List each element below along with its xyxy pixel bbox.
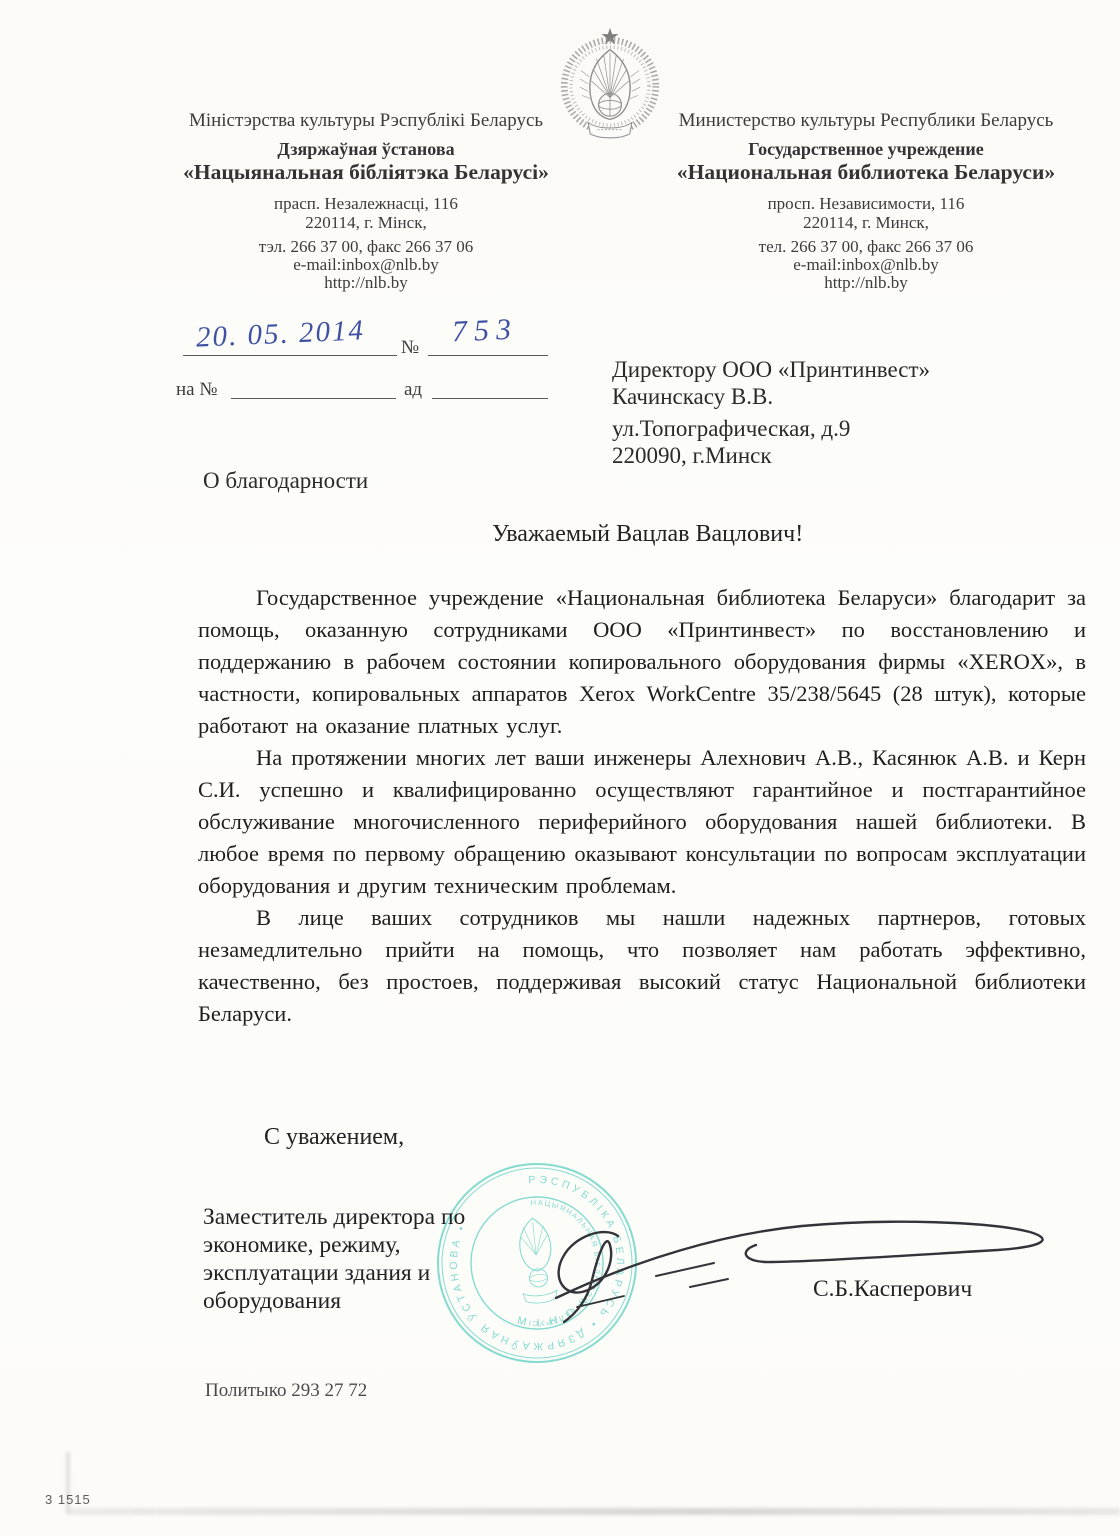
from-label: ад bbox=[404, 379, 422, 401]
numero-sign: № bbox=[401, 337, 419, 359]
website-ru: http://nlb.by bbox=[666, 274, 1066, 292]
org-name-ru: «Национальная библиотека Беларуси» bbox=[666, 160, 1066, 185]
letter-page: Міністэрства культуры Рэспублікі Беларус… bbox=[0, 0, 1120, 1536]
letterhead-russian: Министерство культуры Республики Беларус… bbox=[666, 110, 1066, 292]
signature bbox=[520, 1195, 1080, 1335]
from-underline bbox=[432, 397, 548, 399]
signer-position-line3: эксплуатации здания и bbox=[203, 1259, 465, 1287]
body-paragraph-3: В лице ваших сотрудников мы нашли надежн… bbox=[198, 902, 1086, 1030]
recipient-title: Директору ООО «Принтинвест» bbox=[612, 356, 930, 383]
signer-name: С.Б.Касперович bbox=[813, 1276, 972, 1303]
email-by: e-mail:inbox@nlb.by bbox=[166, 256, 566, 274]
handwritten-date: 20. 05. 2014 bbox=[195, 314, 365, 354]
ministry-name-ru: Министерство культуры Республики Беларус… bbox=[666, 110, 1066, 132]
valediction: С уважением, bbox=[264, 1124, 404, 1151]
scan-shadow bbox=[70, 1508, 1120, 1515]
coat-of-arms-belarus-icon bbox=[558, 24, 662, 144]
phone-fax-ru: тел. 266 37 00, факс 266 37 06 bbox=[666, 237, 1066, 256]
address-city-by: 220114, г. Мінск, bbox=[166, 213, 566, 232]
date-underline bbox=[183, 354, 397, 356]
email-ru: e-mail:inbox@nlb.by bbox=[666, 256, 1066, 274]
ministry-name-by: Міністэрства культуры Рэспублікі Беларус… bbox=[166, 110, 566, 132]
salutation: Уважаемый Вацлав Вацлович! bbox=[492, 521, 803, 548]
body-paragraph-1: Государственное учреждение «Национальная… bbox=[198, 582, 1086, 742]
address-street-by: прасп. Незалежнасці, 116 bbox=[166, 194, 566, 213]
subject-line: О благодарности bbox=[203, 468, 368, 494]
reply-to-label: на № bbox=[176, 379, 217, 401]
handwritten-number: 753 bbox=[451, 313, 518, 350]
website-by: http://nlb.by bbox=[166, 274, 566, 292]
signer-position-line1: Заместитель директора по bbox=[203, 1203, 465, 1231]
reply-to-underline bbox=[231, 397, 396, 399]
org-type-ru: Государственное учреждение bbox=[666, 139, 1066, 160]
recipient-street: ул.Топографическая, д.9 bbox=[612, 415, 930, 442]
letter-body: Государственное учреждение «Национальная… bbox=[198, 582, 1086, 1030]
signer-position: Заместитель директора по экономике, режи… bbox=[203, 1203, 465, 1315]
org-type-by: Дзяржаўная ўстанова bbox=[166, 139, 566, 160]
phone-fax-by: тэл. 266 37 00, факс 266 37 06 bbox=[166, 237, 566, 256]
recipient-block: Директору ООО «Принтинвест» Качинскасу В… bbox=[612, 356, 930, 469]
address-city-ru: 220114, г. Минск, bbox=[666, 213, 1066, 232]
number-underline bbox=[428, 354, 548, 356]
recipient-city: 220090, г.Минск bbox=[612, 442, 930, 469]
recipient-name: Качинскасу В.В. bbox=[612, 383, 930, 410]
letterhead-belarusian: Міністэрства культуры Рэспублікі Беларус… bbox=[166, 110, 566, 292]
org-name-by: «Нацыянальная бібліятэка Беларусі» bbox=[166, 160, 566, 185]
scan-edge bbox=[66, 1452, 70, 1514]
signer-position-line4: оборудования bbox=[203, 1287, 465, 1315]
address-street-ru: просп. Независимости, 116 bbox=[666, 194, 1066, 213]
body-paragraph-2: На протяжении многих лет ваши инженеры А… bbox=[198, 742, 1086, 902]
signer-position-line2: экономике, режиму, bbox=[203, 1231, 465, 1259]
executor-contact: Политыко 293 27 72 bbox=[205, 1380, 367, 1402]
